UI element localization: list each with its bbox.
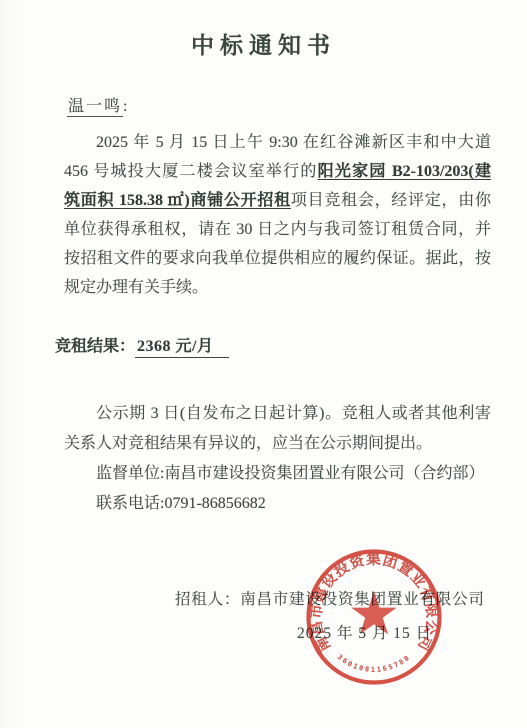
seal-serial-number: 3601081165780 bbox=[336, 653, 413, 674]
paragraph-line: 单位获得承租权，请在 30 日之内与我司签订租赁合同，并 bbox=[64, 215, 491, 244]
paragraph-line: 456 号城投大厦二楼会议室举行的阳光家园 B2-103/203(建 bbox=[64, 157, 491, 186]
paragraph-line: 2025 年 5 月 15 日上午 9:30 在红谷滩新区丰和中大道 bbox=[64, 128, 491, 157]
body-text: 规定办理有关手续。 bbox=[64, 279, 208, 296]
lessor-signature-line: 招租人：南昌市建设投资集团置业有限公司 bbox=[175, 587, 485, 609]
company-seal-stamp-icon: 南昌市建设投资集团置业有限公司 3601081165780 bbox=[299, 542, 449, 692]
document-title: 中标通知书 bbox=[0, 27, 527, 60]
notice-document: 中标通知书 温一鸣: 2025 年 5 月 15 日上午 9:30 在红谷滩新区… bbox=[0, 0, 527, 728]
body-text: 456 号城投大厦二楼会议室举行的 bbox=[64, 163, 318, 180]
bid-result-line: 竞租结果：2368 元/月 bbox=[55, 333, 229, 358]
lessor-label: 招租人： bbox=[175, 591, 240, 608]
lessor-name: 南昌市建设投资集团置业有限公司 bbox=[240, 591, 485, 608]
body-paragraph-1: 2025 年 5 月 15 日上午 9:30 在红谷滩新区丰和中大道 456 号… bbox=[64, 128, 491, 302]
paragraph-line: 规定办理有关手续。 bbox=[64, 273, 491, 302]
body-text: 按招租文件的要求向我单位提供相应的履约保证。据此，按 bbox=[64, 250, 491, 267]
signature-date: 2025 年 5 月 15 日 bbox=[297, 621, 432, 643]
paragraph-line: 公示期 3 日(自发布之日起计算)。竞租人或者其他利害 bbox=[64, 399, 491, 429]
paragraph-line: 关系人对竞租结果有异议的，应当在公示期间提出。 bbox=[64, 429, 491, 459]
body-text: 2025 年 5 月 15 日上午 9:30 在红谷滩新区丰和中大道 bbox=[96, 134, 491, 151]
body-text: 项目竞租会，经评定，由你 bbox=[291, 192, 491, 209]
addressee-name: 温一鸣 bbox=[67, 98, 123, 117]
bid-result-label: 竞租结果： bbox=[55, 338, 135, 355]
bid-result-value: 2368 元/月 bbox=[135, 333, 229, 358]
body-text: 单位获得承租权，请在 30 日之内与我司签订租赁合同，并 bbox=[64, 221, 491, 238]
supervisor-line: 监督单位:南昌市建设投资集团置业有限公司（合约部） bbox=[64, 459, 491, 489]
highlighted-project-text: 阳光家园 B2-103/203(建 bbox=[318, 163, 491, 180]
contact-phone-line: 联系电话:0791-86856682 bbox=[64, 489, 491, 519]
body-paragraph-2: 公示期 3 日(自发布之日起计算)。竞租人或者其他利害 关系人对竞租结果有异议的… bbox=[64, 399, 491, 519]
salutation-colon: : bbox=[123, 98, 127, 115]
seal-outer-ring bbox=[309, 552, 440, 683]
paragraph-line: 按招租文件的要求向我单位提供相应的履约保证。据此，按 bbox=[64, 244, 491, 273]
paragraph-line: 筑面积 158.38 ㎡)商铺公开招租项目竞租会，经评定，由你 bbox=[64, 186, 491, 215]
highlighted-project-text: 筑面积 158.38 ㎡)商铺公开招租 bbox=[64, 192, 291, 209]
salutation-line: 温一鸣: bbox=[67, 93, 127, 116]
